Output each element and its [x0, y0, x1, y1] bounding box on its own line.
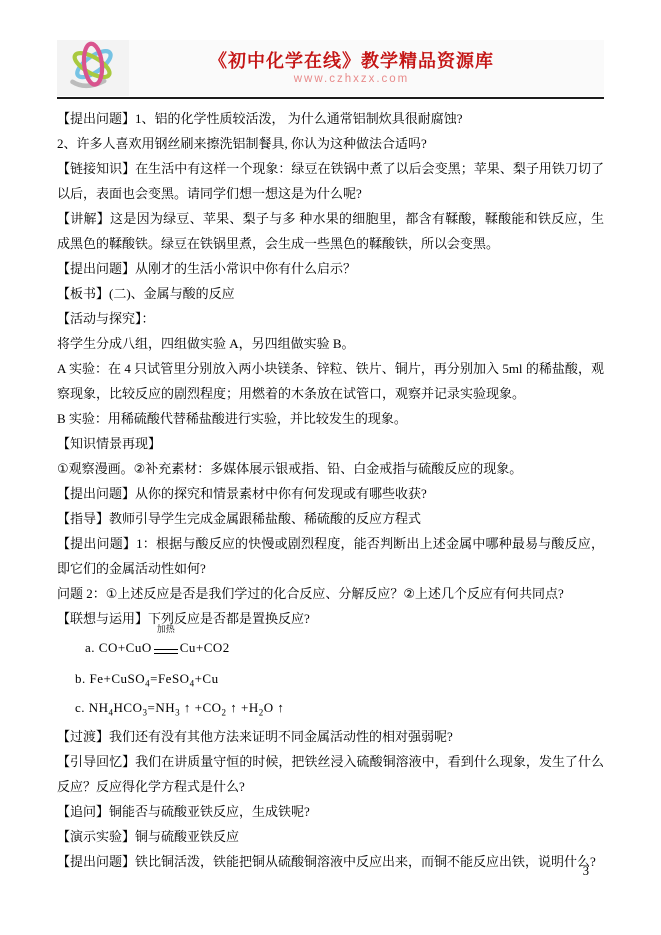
site-header: 《初中化学在线》教学精品资源库 www.czhxzx.com: [57, 40, 604, 96]
double-equals-icon: [154, 649, 178, 654]
reaction-condition-over-equals: 加热: [154, 637, 178, 662]
subscript: 3: [175, 707, 180, 717]
paragraph: 将学生分成八组，四组做实验 A，另四组做实验 B。: [57, 331, 604, 356]
paragraph: 【活动与探究】：: [57, 306, 604, 331]
paragraph: 2、许多人喜欢用钢丝刷来擦洗铝制餐具, 你认为这种做法合适吗?: [57, 131, 604, 156]
paragraph: A 实验：在 4 只试管里分别放入两小块镁条、锌粒、铁片、铜片，再分别加入 5m…: [57, 356, 604, 406]
document-page: 《初中化学在线》教学精品资源库 www.czhxzx.com 【提出问题】1、铝…: [0, 0, 661, 935]
paragraph: 【提出问题】从刚才的生活小常识中你有什么启示？: [57, 256, 604, 281]
paragraph: 【提出问题】铁比铜活泼，铁能把铜从硫酸铜溶液中反应出来，而铜不能反应出铁，说明什…: [57, 849, 604, 874]
paragraph: 问题 2：①上述反应是否是我们学过的化合反应、分解反应？②上述几个反应有何共同点…: [57, 581, 604, 606]
header-text: 《初中化学在线》教学精品资源库 www.czhxzx.com: [129, 50, 604, 86]
paragraph: 【讲解】这是因为绿豆、苹果、梨子与多 种水果的细胞里，都含有鞣酸，鞣酸能和铁反应…: [57, 206, 604, 256]
page-number: 3: [583, 864, 589, 879]
chemical-equation: b. Fe+CuSO4=FeSO4+Cu: [57, 666, 604, 691]
subscript: 2: [259, 707, 264, 717]
atom-logo-icon: [65, 39, 121, 98]
paragraph: 【引导回忆】我们在讲质量守恒的时候，把铁丝浸入硫酸铜溶液中，看到什么现象，发生了…: [57, 749, 604, 799]
subscript: 4: [190, 678, 195, 688]
paragraph: 【知识情景再现】: [57, 431, 604, 456]
paragraph: 【链接知识】在生活中有这样一个现象：绿豆在铁锅中煮了以后会变黑；苹果、梨子用铁刀…: [57, 156, 604, 206]
paragraph: 【联想与运用】下列反应是否都是置换反应?: [57, 606, 604, 631]
document-body: 【提出问题】1、铝的化学性质较活泼， 为什么通常铝制炊具很耐腐蚀?2、许多人喜欢…: [57, 106, 604, 874]
paragraph: B 实验：用稀硫酸代替稀盐酸进行实验，并比较发生的现象。: [57, 406, 604, 431]
condition-label: 加热: [157, 624, 175, 634]
site-url: www.czhxzx.com: [129, 72, 574, 86]
paragraph: ①观察漫画。②补充素材：多媒体展示银戒指、铅、白金戒指与硫酸反应的现象。: [57, 456, 604, 481]
subscript: 4: [145, 678, 150, 688]
logo-container: [57, 40, 129, 96]
chemical-equation: a. CO+CuO加热Cu+CO2: [57, 635, 604, 662]
paragraph: 【指导】教师引导学生完成金属跟稀盐酸、稀硫酸的反应方程式: [57, 506, 604, 531]
paragraph: 【板书】(二)、金属与酸的反应: [57, 281, 604, 306]
chemical-equation: c. NH4HCO3=NH3 ↑ +CO2 ↑ +H2O ↑: [57, 695, 604, 720]
paragraph: 【提出问题】1、铝的化学性质较活泼， 为什么通常铝制炊具很耐腐蚀?: [57, 106, 604, 131]
subscript: 4: [109, 707, 114, 717]
paragraph: 【提出问题】从你的探究和情景素材中你有何发现或有哪些收获?: [57, 481, 604, 506]
paragraph: 【追问】铜能否与硫酸亚铁反应，生成铁呢?: [57, 799, 604, 824]
site-title: 《初中化学在线》教学精品资源库: [129, 50, 574, 72]
paragraph: 【过渡】我们还有没有其他方法来证明不同金属活动性的相对强弱呢?: [57, 724, 604, 749]
subscript: 3: [143, 707, 148, 717]
subscript: 2: [222, 707, 227, 717]
paragraph: 【提出问题】1：根据与酸反应的快慢或剧烈程度，能否判断出上述金属中哪种最易与酸反…: [57, 531, 604, 581]
paragraph: 【演示实验】铜与硫酸亚铁反应: [57, 824, 604, 849]
header-divider: [57, 97, 604, 99]
